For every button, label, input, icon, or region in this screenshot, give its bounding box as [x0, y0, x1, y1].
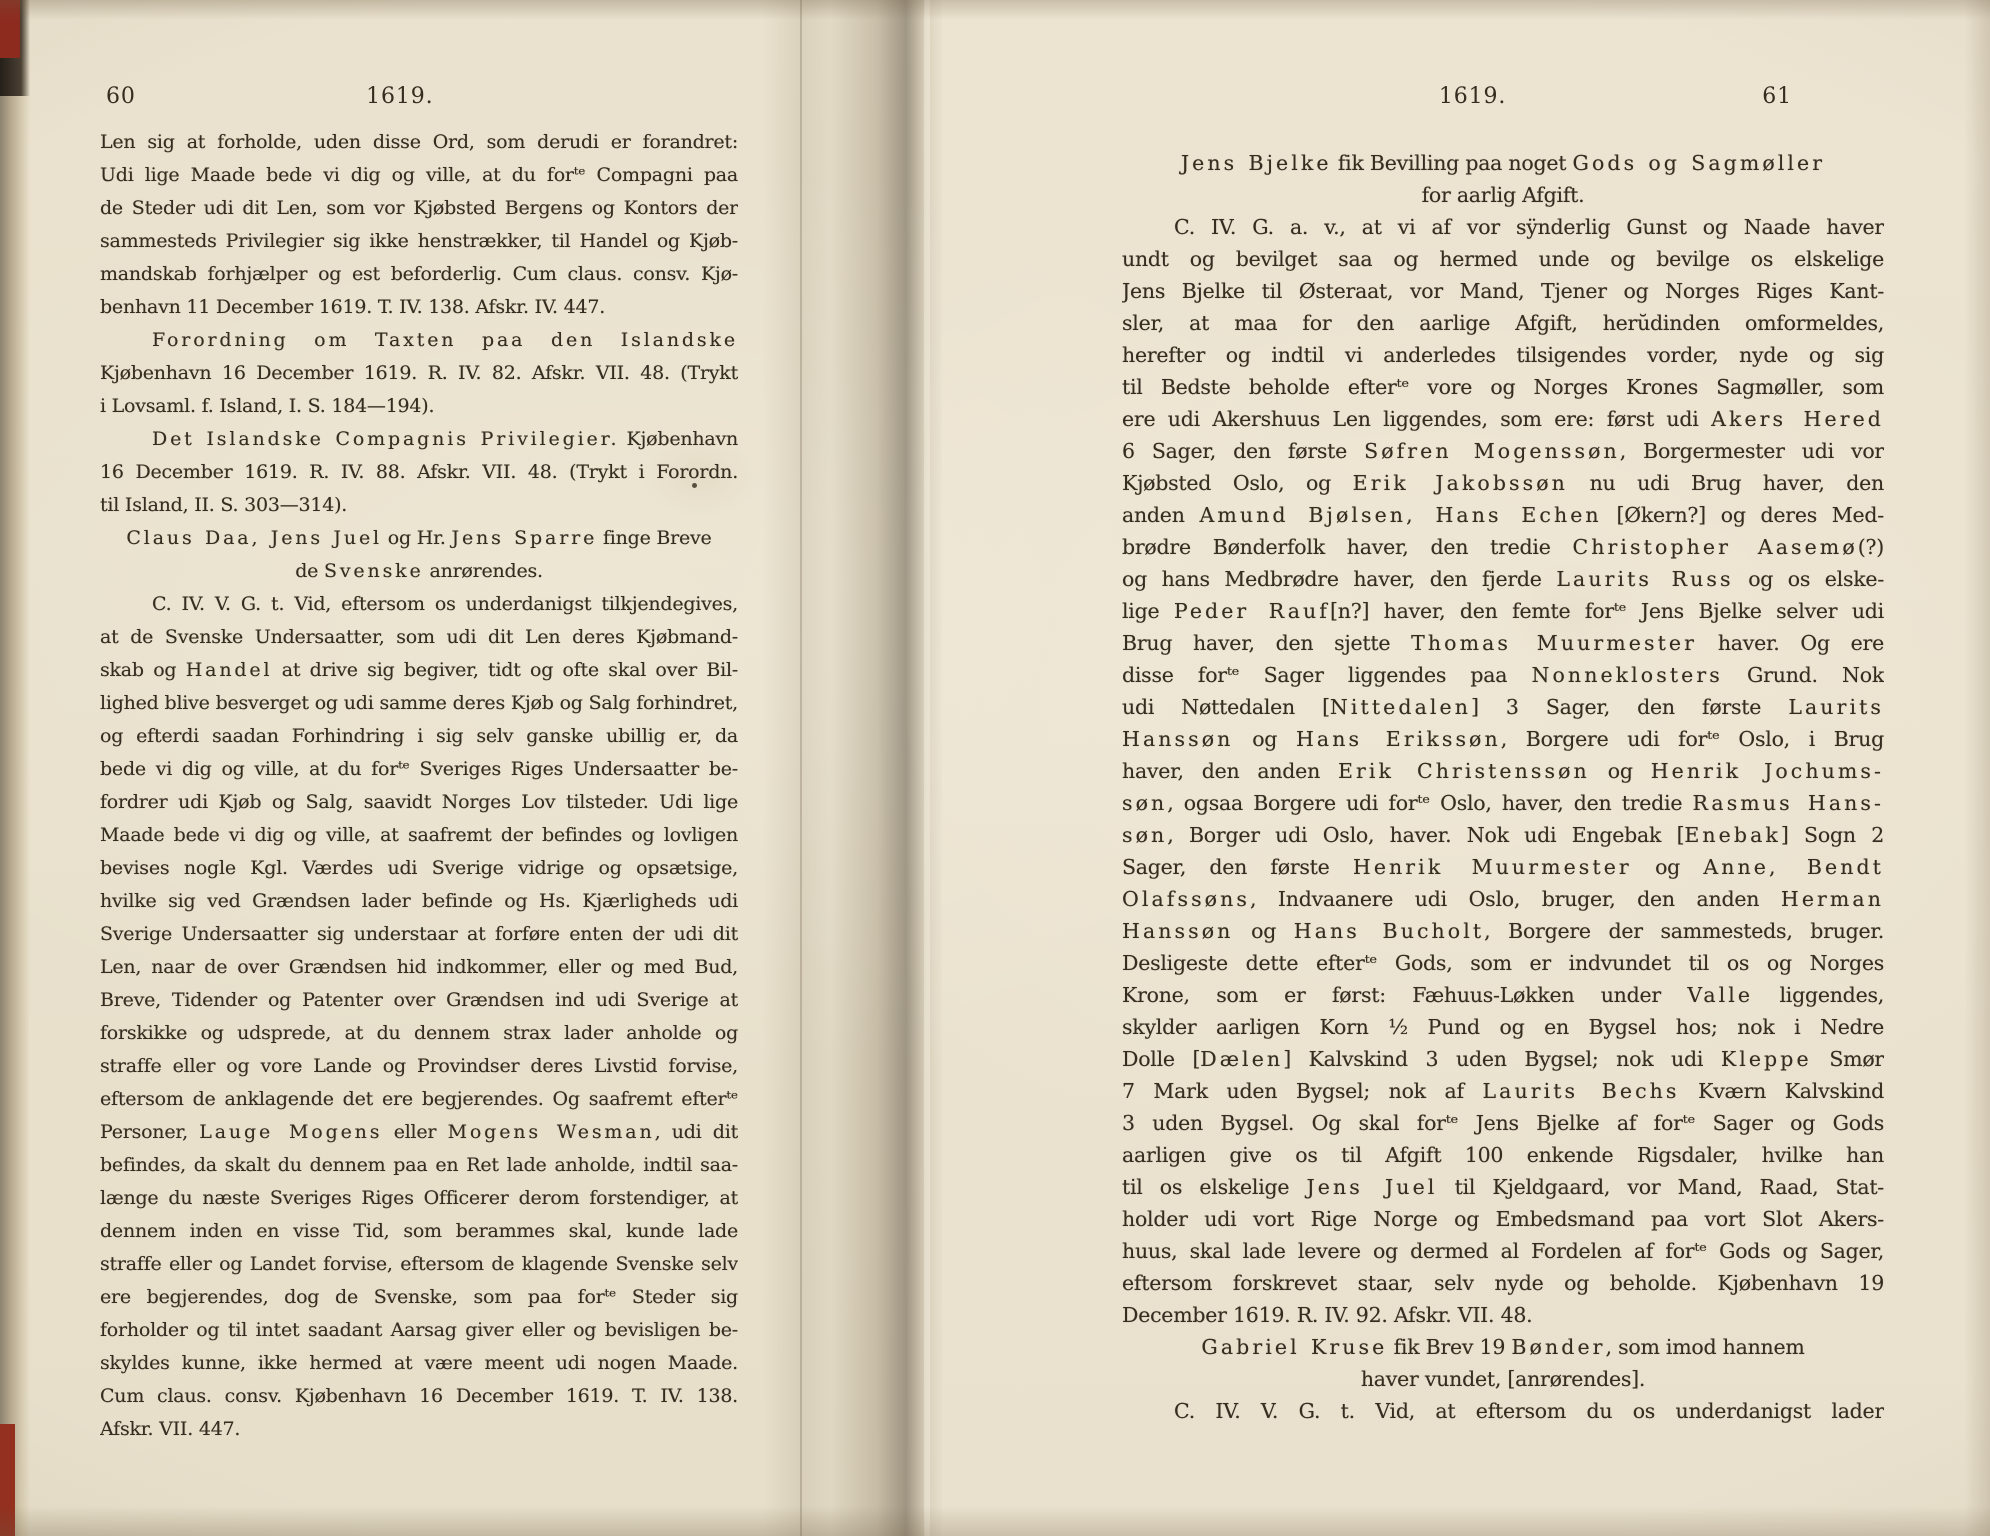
letterspaced-text-run: Hans Erikssøn — [1296, 727, 1501, 751]
text-line: længe du næste Sveriges Riges Officerer … — [100, 1182, 738, 1215]
letterspaced-text-run: søn — [1122, 823, 1167, 847]
text-run: , Indvaanere udi Oslo, bruger, den anden — [1250, 887, 1781, 911]
text-line: ere begjerendes, dog de Svenske, som paa… — [100, 1281, 738, 1314]
text-line: søn, Borger udi Oslo, haver. Nok udi Eng… — [1122, 819, 1884, 851]
text-line: forskikke og udsprede, at du dennem stra… — [100, 1017, 738, 1050]
text-line: undt og bevilget saa og hermed unde og b… — [1122, 243, 1884, 275]
text-run: December 1619. R. IV. 92. Afskr. VII. 48… — [1122, 1303, 1532, 1327]
text-run: skylder aarligen Korn ½ Pund og en Bygse… — [1122, 1015, 1884, 1039]
text-run: haver, den anden — [1122, 759, 1338, 783]
text-line: befindes, da skalt du dennem paa en Ret … — [100, 1149, 738, 1182]
text-run: udi Nøttedalen [ — [1122, 695, 1330, 719]
text-run: lighed blive besverget og udi samme dere… — [100, 692, 738, 714]
text-run: hvilke sig ved Grændsen lader befinde og… — [100, 890, 738, 912]
text-line: fordrer udi Kjøb og Salg, saavidt Norges… — [100, 786, 738, 819]
page-number: 60 — [106, 84, 136, 109]
text-line: Afskr. VII. 447. — [100, 1413, 738, 1446]
text-run: ere udi Akershuus Len liggendes, som ere… — [1122, 407, 1711, 431]
page-header: 60 1619. — [100, 84, 738, 114]
text-line: straffe eller og vore Lande og Provindse… — [100, 1050, 738, 1083]
text-column: Len sig at forholde, uden disse Ord, som… — [100, 126, 738, 1446]
text-run: , Borger udi Oslo, haver. Nok udi Engeba… — [1167, 823, 1684, 847]
text-line: sler, at maa for den aarlige Afgift, her… — [1122, 307, 1884, 339]
letterspaced-text-run: Olafssøns — [1122, 887, 1250, 911]
text-run: , Borgere der sammesteds, bruger. — [1484, 919, 1884, 943]
book-spread-photo: 60 1619. Len sig at forholde, uden disse… — [0, 0, 1990, 1536]
left-page: 60 1619. Len sig at forholde, uden disse… — [0, 0, 795, 1536]
text-line: bevises nogle Kgl. Værdes udi Sverige vi… — [100, 852, 738, 885]
text-run: Krone, som er først: Fæhuus-Løkken under — [1122, 983, 1687, 1007]
text-line: eftersom de anklagende det ere begjerend… — [100, 1083, 738, 1116]
text-run: herefter og indtil vi anderledes tilsige… — [1122, 343, 1884, 367]
text-line: mandskab forhjælper og est beforderlig. … — [100, 258, 738, 291]
letterspaced-text-run: Christopher Aasemø — [1573, 535, 1858, 559]
letterspaced-text-run: Svenske — [324, 560, 424, 582]
text-line: Gabriel Kruse fik Brev 19 Bønder, som im… — [1122, 1331, 1884, 1363]
text-run: ] Sogn 2 — [1781, 823, 1884, 847]
letterspaced-text-run: Peder Rauf — [1174, 599, 1330, 623]
text-run: disse forᵗᵉ Sager liggendes paa — [1122, 663, 1531, 687]
letterspaced-text-run: Mogens Wesman — [448, 1121, 655, 1143]
text-line: Personer, Lauge Mogens eller Mogens Wesm… — [100, 1116, 738, 1149]
text-line: til Island, II. S. 303—314). — [100, 489, 738, 522]
text-line: eftersom forskrevet staar, selv nyde og … — [1122, 1267, 1884, 1299]
text-run: Dolle [ — [1122, 1047, 1200, 1071]
letterspaced-text-run: Claus Daa, Jens Juel — [126, 527, 382, 549]
text-run: Maade bede vi dig og ville, at saafremt … — [100, 824, 738, 846]
text-run: dennem inden en visse Tid, som berammes … — [100, 1220, 738, 1248]
text-run: fik Brev 19 — [1387, 1335, 1511, 1359]
text-run: C. IV. V. G. t. Vid, eftersom os underda… — [152, 593, 738, 615]
text-run: Kværn Kalvskind — [1680, 1079, 1884, 1103]
text-line: skyldes kunne, ikke hermed at være meent… — [100, 1347, 738, 1380]
letterspaced-text-run: Valle — [1687, 983, 1753, 1007]
text-run: Sager, den første — [1122, 855, 1353, 879]
letterspaced-text-run: Hanssøn — [1122, 919, 1233, 943]
text-run: straffe eller og vore Lande og Provindse… — [100, 1055, 738, 1077]
text-line: de Steder udi dit Len, som vor Kjøbsted … — [100, 192, 738, 225]
text-line: brødre Bønderfolk haver, den tredie Chri… — [1122, 531, 1884, 563]
text-run: holder udi vort Rige Norge og Embedsmand… — [1122, 1207, 1884, 1231]
text-run: de — [295, 560, 324, 582]
text-run: eller — [382, 1121, 447, 1143]
letterspaced-text-run: Amund Bjølsen, Hans Echen — [1199, 503, 1601, 527]
letterspaced-text-run: Laurits Russ — [1556, 567, 1733, 591]
text-run: forholder og til intet saadant Aarsag gi… — [100, 1319, 738, 1341]
text-line: haver, den anden Erik Christenssøn og He… — [1122, 755, 1884, 787]
text-run: sler, at maa for den aarlige Afgift, her… — [1122, 311, 1884, 335]
letterspaced-text-run: Jens Sparre — [452, 527, 598, 549]
text-line: skylder aarligen Korn ½ Pund og en Bygse… — [1122, 1011, 1884, 1043]
text-line: til os elskelige Jens Juel til Kjeldgaar… — [1122, 1171, 1884, 1203]
text-line: Cum claus. consv. Kjøbenhavn 16 December… — [100, 1380, 738, 1413]
text-run: nu udi Brug haver, den — [1568, 471, 1884, 495]
text-line: C. IV. V. G. t. Vid, eftersom os underda… — [100, 588, 738, 621]
text-run: eftersom forskrevet staar, selv nyde og … — [1122, 1271, 1884, 1295]
text-run: længe du næste Sveriges Riges Officerer … — [100, 1187, 738, 1209]
text-line: December 1619. R. IV. 92. Afskr. VII. 48… — [1122, 1299, 1884, 1331]
text-run: til Kjeldgaard, vor Mand, Raad, Stat- — [1437, 1175, 1884, 1199]
text-line: hvilke sig ved Grændsen lader befinde og… — [100, 885, 738, 918]
text-run: anden — [1122, 503, 1199, 527]
text-run: Grund. Nok — [1723, 663, 1884, 687]
text-run: [n?] haver, den femte forᵗᵉ Jens Bjelke … — [1330, 599, 1884, 623]
text-run: Cum claus. consv. Kjøbenhavn 16 December… — [100, 1385, 738, 1407]
letterspaced-text-run: Forordning om Taxten paa den Islandske H… — [100, 329, 738, 357]
text-line: herefter og indtil vi anderledes tilsige… — [1122, 339, 1884, 371]
text-line: Jens Bjelke fik Bevilling paa noget Gods… — [1122, 147, 1884, 179]
text-run: til Bedste beholde efterᵗᵉ vore og Norge… — [1122, 375, 1884, 399]
text-line: bede vi dig og ville, at du forᵗᵉ Sverig… — [100, 753, 738, 786]
text-run: C. IV. G. a. v., at vi af vor sÿnderlig … — [1174, 215, 1884, 239]
text-run: og — [1590, 759, 1651, 783]
letterspaced-text-run: søn — [1122, 791, 1167, 815]
right-page: 1619. 61 Jens Bjelke fik Bevilling paa n… — [925, 0, 1990, 1536]
text-line: Kjøbenhavn 16 December 1619. R. IV. 82. … — [100, 357, 738, 390]
letterspaced-text-run: Anne, Bendt — [1703, 855, 1884, 879]
text-run: Jens Bjelke til Østeraat, vor Mand, Tjen… — [1122, 279, 1884, 303]
text-line: Sager, den første Henrik Muurmester og A… — [1122, 851, 1884, 883]
text-line: C. IV. G. a. v., at vi af vor sÿnderlig … — [1122, 211, 1884, 243]
text-run: skyldes kunne, ikke hermed at være meent… — [100, 1352, 738, 1374]
text-run: Personer, — [100, 1121, 199, 1143]
text-run: forskikke og udsprede, at du dennem stra… — [100, 1022, 738, 1044]
letterspaced-text-run: Laurits — [1788, 695, 1884, 719]
text-run: undt og bevilget saa og hermed unde og b… — [1122, 247, 1884, 271]
text-line: Udi lige Maade bede vi dig og ville, at … — [100, 159, 738, 192]
text-run: Desligeste dette efterᵗᵉ Gods, som er in… — [1122, 951, 1884, 975]
text-line: i Lovsaml. f. Island, I. S. 184—194). — [100, 390, 738, 423]
letterspaced-text-run: Kleppe — [1721, 1047, 1812, 1071]
text-run: ] 3 Sager, den første — [1471, 695, 1788, 719]
text-run: (?) — [1858, 535, 1884, 559]
text-run: 3 uden Bygsel. Og skal forᵗᵉ Jens Bjelke… — [1122, 1111, 1884, 1135]
text-run: , ogsaa Borgere udi forᵗᵉ Oslo, haver, d… — [1167, 791, 1692, 815]
text-run: liggendes, — [1753, 983, 1884, 1007]
text-line: og efterdi saadan Forhindring i sig selv… — [100, 720, 738, 753]
text-run: at drive sig begiver, tidt og ofte skal … — [272, 659, 738, 681]
text-run: fik Bevilling paa noget — [1332, 151, 1573, 175]
text-line: 3 uden Bygsel. Og skal forᵗᵉ Jens Bjelke… — [1122, 1107, 1884, 1139]
letterspaced-text-run: Erik Christenssøn — [1338, 759, 1590, 783]
text-line: udi Nøttedalen [Nittedalen] 3 Sager, den… — [1122, 691, 1884, 723]
text-line: Hanssøn og Hans Bucholt, Borgere der sam… — [1122, 915, 1884, 947]
letterspaced-text-run: Handel — [186, 659, 273, 681]
text-line: ere udi Akershuus Len liggendes, som ere… — [1122, 403, 1884, 435]
text-run: haver. Og ere — [1697, 631, 1884, 655]
text-run: eftersom de anklagende det ere begjerend… — [100, 1088, 738, 1110]
running-head: 1619. — [366, 84, 433, 109]
letterspaced-text-run: Søfren Mogenssøn — [1364, 439, 1620, 463]
letterspaced-text-run: Nittedalen — [1330, 695, 1471, 719]
text-run: anrørendes. — [424, 560, 543, 582]
text-run: [Økern?] og deres Med- — [1602, 503, 1884, 527]
text-line: 6 Sager, den første Søfren Mogenssøn, Bo… — [1122, 435, 1884, 467]
text-line: Brug haver, den sjette Thomas Muurmester… — [1122, 627, 1884, 659]
text-run: haver vundet, [anrørendes]. — [1361, 1367, 1645, 1391]
text-line: 16 December 1619. R. IV. 88. Afskr. VII.… — [100, 456, 738, 489]
text-run: 7 Mark uden Bygsel; nok af — [1122, 1079, 1482, 1103]
text-line: Claus Daa, Jens Juel og Hr. Jens Sparre … — [100, 522, 738, 555]
text-run: aarligen give os til Afgift 100 enkende … — [1122, 1143, 1884, 1167]
text-column: Jens Bjelke fik Bevilling paa noget Gods… — [1122, 147, 1884, 1427]
text-run: ] Kalvskind 3 uden Bygsel; nok udi — [1283, 1047, 1721, 1071]
letterspaced-text-run: Nonneklosters — [1531, 663, 1722, 687]
text-run: brødre Bønderfolk haver, den tredie — [1122, 535, 1573, 559]
text-line: haver vundet, [anrørendes]. — [1122, 1363, 1884, 1395]
letterspaced-text-run: Erik Jakobssøn — [1353, 471, 1568, 495]
text-line: skab og Handel at drive sig begiver, tid… — [100, 654, 738, 687]
text-run: Len, naar de over Grændsen hid indkommer… — [100, 956, 738, 978]
letterspaced-text-run: Bønder — [1511, 1335, 1605, 1359]
text-line: Desligeste dette efterᵗᵉ Gods, som er in… — [1122, 947, 1884, 979]
text-line: Breve, Tidender og Patenter over Grændse… — [100, 984, 738, 1017]
text-line: huus, skal lade levere og dermed al Ford… — [1122, 1235, 1884, 1267]
text-line: at de Svenske Undersaatter, som udi dit … — [100, 621, 738, 654]
text-run: de Steder udi dit Len, som vor Kjøbsted … — [100, 197, 738, 219]
text-run: til Island, II. S. 303—314). — [100, 494, 347, 516]
text-line: til Bedste beholde efterᵗᵉ vore og Norge… — [1122, 371, 1884, 403]
text-run: fordrer udi Kjøb og Salg, saavidt Norges… — [100, 791, 738, 813]
text-line: Krone, som er først: Fæhuus-Løkken under… — [1122, 979, 1884, 1011]
text-line: Hanssøn og Hans Erikssøn, Borgere udi fo… — [1122, 723, 1884, 755]
text-run: lige — [1122, 599, 1174, 623]
text-line: lighed blive besverget og udi samme dere… — [100, 687, 738, 720]
text-run: skab og — [100, 659, 186, 681]
letterspaced-text-run: Rasmus Hans- — [1692, 791, 1884, 815]
text-run: Breve, Tidender og Patenter over Grændse… — [100, 989, 738, 1011]
letterspaced-text-run: Hanssøn — [1122, 727, 1233, 751]
letterspaced-text-run: Henrik Muurmester — [1353, 855, 1632, 879]
letterspaced-text-run: Gods og Sagmøller — [1573, 151, 1826, 175]
letterspaced-text-run: Gabriel Kruse — [1201, 1335, 1387, 1359]
text-run: Sverige Undersaatter sig understaar at f… — [100, 923, 738, 945]
text-run: Brug haver, den sjette — [1122, 631, 1411, 655]
text-run: og — [1233, 727, 1296, 751]
text-run: Kjøbenhavn 16 December 1619. R. IV. 82. … — [100, 362, 738, 384]
text-run: Kjøbenhavn — [619, 428, 738, 450]
text-run: Udi lige Maade bede vi dig og ville, at … — [100, 164, 738, 186]
letterspaced-text-run: Hans Bucholt — [1294, 919, 1484, 943]
text-line: dennem inden en visse Tid, som berammes … — [100, 1215, 738, 1248]
text-run: 16 December 1619. R. IV. 88. Afskr. VII.… — [100, 461, 738, 483]
letterspaced-text-run: Thomas Muurmester — [1411, 631, 1697, 655]
text-line: Len, naar de over Grændsen hid indkommer… — [100, 951, 738, 984]
letterspaced-text-run: Enebak — [1684, 823, 1781, 847]
text-run: sammesteds Privilegier sig ikke henstræk… — [100, 230, 738, 252]
text-run: , som imod hannem — [1606, 1335, 1805, 1359]
text-run: bevises nogle Kgl. Værdes udi Sverige vi… — [100, 857, 738, 879]
letterspaced-text-run: Lauge Mogens — [199, 1121, 382, 1143]
text-run: 6 Sager, den første — [1122, 439, 1364, 463]
letterspaced-text-run: Akers Hered — [1711, 407, 1884, 431]
text-run: mandskab forhjælper og est beforderlig. … — [100, 263, 738, 285]
text-line: søn, ogsaa Borgere udi forᵗᵉ Oslo, haver… — [1122, 787, 1884, 819]
text-line: Sverige Undersaatter sig understaar at f… — [100, 918, 738, 951]
text-line: straffe eller og Landet forvise, efterso… — [100, 1248, 738, 1281]
text-run: Len sig at forholde, uden disse Ord, som… — [100, 131, 738, 153]
letterspaced-text-run: Jens Juel — [1306, 1175, 1437, 1199]
fold-crease — [800, 0, 802, 1536]
text-run: og os elske- — [1734, 567, 1884, 591]
text-run: huus, skal lade levere og dermed al Ford… — [1122, 1239, 1884, 1263]
text-run: Afskr. VII. 447. — [100, 1418, 240, 1440]
text-line: Det Islandske Compagnis Privilegier. Kjø… — [100, 423, 738, 456]
letterspaced-text-run: Henrik Jochums- — [1651, 759, 1884, 783]
text-run: ere begjerendes, dog de Svenske, som paa… — [100, 1286, 738, 1314]
text-run: straffe eller og Landet forvise, efterso… — [100, 1253, 738, 1275]
text-run: og Hr. — [382, 527, 452, 549]
text-line: holder udi vort Rige Norge og Embedsmand… — [1122, 1203, 1884, 1235]
text-line: og hans Medbrødre haver, den fjerde Laur… — [1122, 563, 1884, 595]
text-run: finge Breve — [597, 527, 711, 549]
text-run: , Borgermester udi vor — [1620, 439, 1884, 463]
page-number: 61 — [1762, 84, 1792, 109]
letterspaced-text-run: Jens Bjelke — [1181, 151, 1332, 175]
letterspaced-text-run: Det Islandske Compagnis Privilegier. — [152, 428, 619, 450]
page-header: 1619. 61 — [1122, 84, 1884, 114]
running-head: 1619. — [1439, 84, 1506, 109]
text-run: og hans Medbrødre haver, den fjerde — [1122, 567, 1556, 591]
text-line: sammesteds Privilegier sig ikke henstræk… — [100, 225, 738, 258]
text-line: Dolle [Dælen] Kalvskind 3 uden Bygsel; n… — [1122, 1043, 1884, 1075]
text-line: anden Amund Bjølsen, Hans Echen [Økern?]… — [1122, 499, 1884, 531]
text-run: Smør — [1812, 1047, 1884, 1071]
text-line: 7 Mark uden Bygsel; nok af Laurits Bechs… — [1122, 1075, 1884, 1107]
text-line: aarligen give os til Afgift 100 enkende … — [1122, 1139, 1884, 1171]
text-line: Kjøbsted Oslo, og Erik Jakobssøn nu udi … — [1122, 467, 1884, 499]
text-run: Kjøbsted Oslo, og — [1122, 471, 1353, 495]
text-run: bede vi dig og ville, at du forᵗᵉ Sverig… — [100, 758, 738, 780]
text-line: de Svenske anrørendes. — [100, 555, 738, 588]
text-run: og — [1233, 919, 1293, 943]
letterspaced-text-run: Laurits Bechs — [1482, 1079, 1679, 1103]
text-run: at de Svenske Undersaatter, som udi dit … — [100, 626, 738, 648]
text-run: C. IV. V. G. t. Vid, at eftersom du os u… — [1174, 1399, 1884, 1423]
text-line: Forordning om Taxten paa den Islandske H… — [100, 324, 738, 357]
text-run: for aarlig Afgift. — [1422, 183, 1585, 207]
text-line: forholder og til intet saadant Aarsag gi… — [100, 1314, 738, 1347]
letterspaced-text-run: Dælen — [1200, 1047, 1283, 1071]
text-line: for aarlig Afgift. — [1122, 179, 1884, 211]
text-line: Maade bede vi dig og ville, at saafremt … — [100, 819, 738, 852]
text-line: C. IV. V. G. t. Vid, at eftersom du os u… — [1122, 1395, 1884, 1427]
text-run: , Borgere udi forᵗᵉ Oslo, i Brug — [1501, 727, 1884, 751]
letterspaced-text-run: Herman — [1781, 887, 1884, 911]
text-run: benhavn 11 December 1619. T. IV. 138. Af… — [100, 296, 605, 318]
text-run: og — [1632, 855, 1704, 879]
text-line: lige Peder Rauf[n?] haver, den femte for… — [1122, 595, 1884, 627]
text-line: disse forᵗᵉ Sager liggendes paa Nonneklo… — [1122, 659, 1884, 691]
text-line: Len sig at forholde, uden disse Ord, som… — [100, 126, 738, 159]
text-run: og efterdi saadan Forhindring i sig selv… — [100, 725, 738, 747]
text-line: Jens Bjelke til Østeraat, vor Mand, Tjen… — [1122, 275, 1884, 307]
text-run: befindes, da skalt du dennem paa en Ret … — [100, 1154, 738, 1176]
text-line: benhavn 11 December 1619. T. IV. 138. Af… — [100, 291, 738, 324]
text-line: Olafssøns, Indvaanere udi Oslo, bruger, … — [1122, 883, 1884, 915]
text-run: til os elskelige — [1122, 1175, 1306, 1199]
text-run: i Lovsaml. f. Island, I. S. 184—194). — [100, 395, 434, 417]
